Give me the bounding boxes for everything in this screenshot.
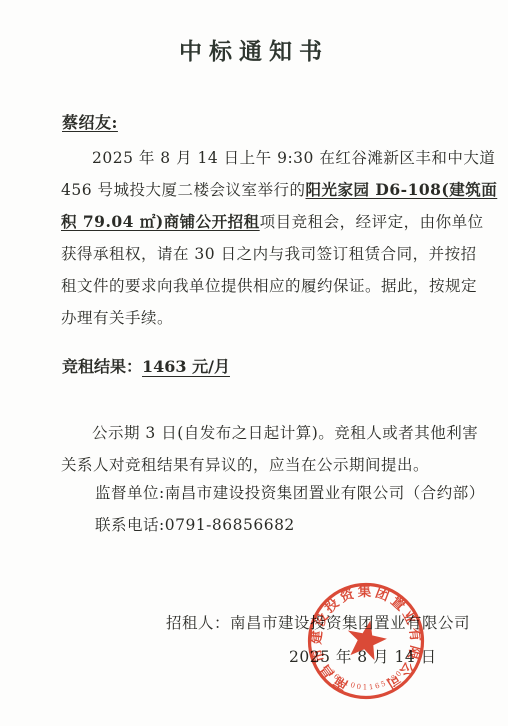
seal-star-icon bbox=[348, 621, 387, 661]
company-seal: 南昌市建设投资集团置业有限公司 3601001165780 bbox=[304, 578, 428, 704]
paragraph-line: 关系人对竞租结果有异议的，应当在公示期间提出。 bbox=[61, 449, 449, 481]
result-label: 竞租结果： bbox=[62, 357, 142, 376]
result-value: 1463 元/月 bbox=[142, 357, 244, 376]
paragraph-line: 456 号城投大厦二楼会议室举行的阳光家园 D6-108(建筑面 bbox=[61, 174, 449, 206]
paragraph-text: 项目竞租会，经评定，由你单位 bbox=[260, 213, 484, 231]
main-paragraph: 2025 年 8 月 14 日上午 9:30 在红谷滩新区丰和中大道 456 号… bbox=[61, 142, 449, 334]
project-name-highlight: 积 79.04 ㎡)商铺公开招租 bbox=[61, 212, 260, 231]
paragraph-line: 公示期 3 日(自发布之日起计算)。竞租人或者其他利害 bbox=[61, 417, 449, 449]
bid-result-line: 竞租结果：1463 元/月 bbox=[62, 354, 244, 377]
paragraph-text: 公示期 3 日(自发布之日起计算)。竞租人或者其他利害 bbox=[92, 424, 478, 442]
paragraph-line: 办理有关手续。 bbox=[61, 302, 449, 334]
paragraph-line: 2025 年 8 月 14 日上午 9:30 在红谷滩新区丰和中大道 bbox=[61, 142, 449, 174]
supervisor-line: 监督单位:南昌市建设投资集团置业有限公司（合约部） bbox=[95, 481, 485, 503]
document-title: 中标通知书 bbox=[0, 33, 508, 66]
paragraph-line: 积 79.04 ㎡)商铺公开招租项目竞租会，经评定，由你单位 bbox=[61, 206, 449, 238]
paragraph-text: 办理有关手续。 bbox=[61, 309, 173, 327]
paragraph-line: 获得承租权，请在 30 日之内与我司签订租赁合同，并按招 bbox=[61, 238, 449, 270]
recipient-name: 蔡绍友: bbox=[62, 110, 118, 133]
paragraph-text: 456 号城投大厦二楼会议室举行的 bbox=[61, 181, 306, 199]
document-page: 中标通知书 蔡绍友: 2025 年 8 月 14 日上午 9:30 在红谷滩新区… bbox=[0, 0, 508, 726]
paragraph-text: 2025 年 8 月 14 日上午 9:30 在红谷滩新区丰和中大道 bbox=[92, 149, 495, 167]
paragraph-line: 租文件的要求向我单位提供相应的履约保证。据此，按规定 bbox=[61, 270, 449, 302]
paragraph-text: 关系人对竞租结果有异议的，应当在公示期间提出。 bbox=[61, 456, 429, 474]
project-name-highlight: 阳光家园 D6-108(建筑面 bbox=[306, 180, 498, 199]
phone-line: 联系电话:0791-86856682 bbox=[95, 513, 295, 535]
paragraph-text: 获得承租权，请在 30 日之内与我司签订租赁合同，并按招 bbox=[61, 245, 477, 263]
paragraph-text: 租文件的要求向我单位提供相应的履约保证。据此，按规定 bbox=[61, 277, 477, 295]
notice-paragraph: 公示期 3 日(自发布之日起计算)。竞租人或者其他利害 关系人对竞租结果有异议的… bbox=[61, 417, 449, 481]
